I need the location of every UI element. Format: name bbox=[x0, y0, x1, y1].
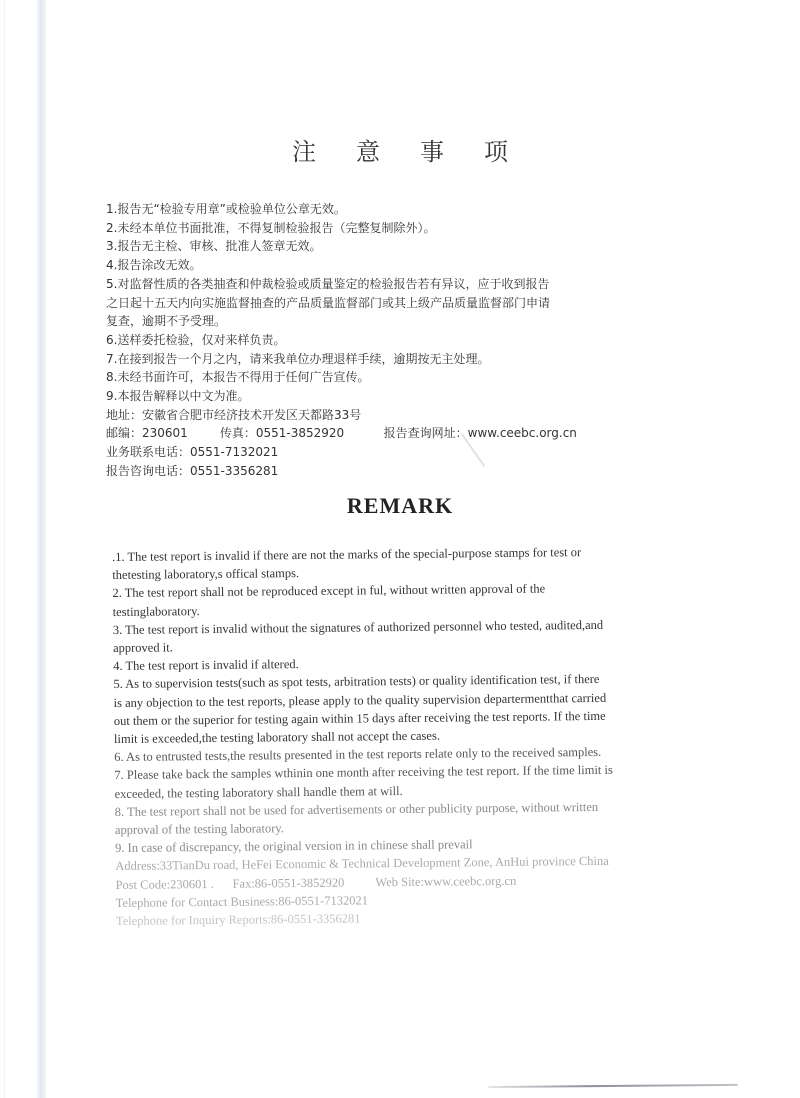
chinese-note-5c: 复查，逾期不予受理。 bbox=[106, 312, 626, 331]
chinese-note-1: 1.报告无“检验专用章”或检验单位公章无效。 bbox=[106, 200, 626, 219]
chinese-note-8: 8.未经书面许可，本报告不得用于任何广告宣传。 bbox=[106, 368, 626, 387]
chinese-address: 地址：安徽省合肥市经济技术开发区天都路33号 bbox=[106, 406, 626, 425]
chinese-note-7: 7.在接到报告一个月之内，请来我单位办理退样手续，逾期按无主处理。 bbox=[106, 350, 626, 369]
english-title: REMARK bbox=[0, 493, 800, 519]
chinese-note-4: 4.报告涂改无效。 bbox=[106, 256, 626, 275]
chinese-note-2: 2.未经本单位书面批准，不得复制检验报告（完整复制除外）。 bbox=[106, 219, 626, 238]
chinese-note-5a: 5.对监督性质的各类抽查和仲裁检验或质量鉴定的检验报告若有异议，应于收到报告 bbox=[106, 275, 626, 294]
chinese-note-5b: 之日起十五天内向实施监督抽查的产品质量监督部门或其上级产品质量监督部门申请 bbox=[106, 294, 626, 313]
english-remarks-list: .1. The test report is invalid if there … bbox=[112, 542, 676, 930]
chinese-notes-list: 1.报告无“检验专用章”或检验单位公章无效。 2.未经本单位书面批准，不得复制检… bbox=[106, 200, 626, 481]
chinese-contact-row: 邮编：230601 传真：0551-3852920 报告查询网址：www.cee… bbox=[106, 424, 626, 443]
chinese-fax: 传真：0551-3852920 bbox=[220, 424, 380, 443]
chinese-title: 注意事项 bbox=[0, 132, 800, 167]
bottom-scan-line bbox=[488, 1084, 738, 1088]
chinese-postcode: 邮编：230601 bbox=[106, 424, 216, 443]
chinese-note-6: 6.送样委托检验，仅对来样负责。 bbox=[106, 331, 626, 350]
chinese-website: 报告查询网址：www.ceebc.org.cn bbox=[384, 424, 577, 443]
chinese-note-9: 9.本报告解释以中文为准。 bbox=[106, 387, 626, 406]
chinese-inquiry-phone: 报告咨询电话：0551-3356281 bbox=[106, 462, 626, 481]
chinese-business-phone: 业务联系电话：0551-7132021 bbox=[106, 443, 626, 462]
chinese-note-3: 3.报告无主检、审核、批准人签章无效。 bbox=[106, 237, 626, 256]
